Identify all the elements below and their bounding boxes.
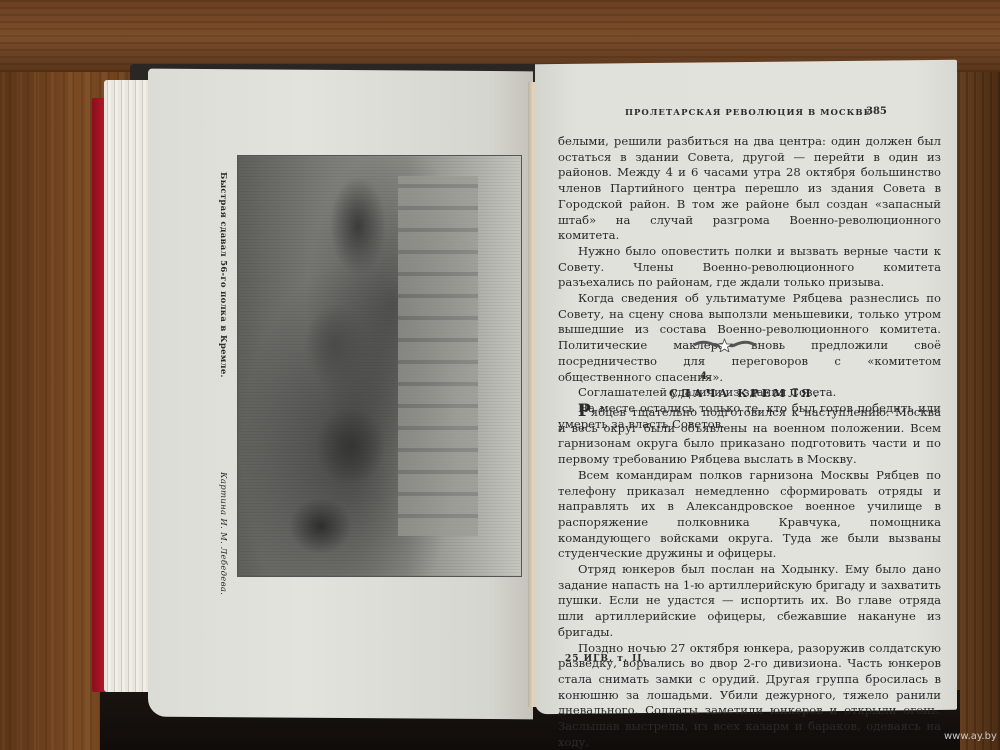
page-number: 385 [866,106,887,117]
page-stack-edge [104,80,154,692]
paragraph: Отряд юнкеров был послан на Ходынку. Ему… [558,562,941,641]
illustration-figures [268,166,418,566]
star-ornament-icon [692,338,757,352]
printer-signature: 25 ИГВ, т. II. [565,654,647,664]
illustration-painting [237,155,522,577]
illustration-credit: Картина И. М. Лебедева. [218,472,228,595]
illustration-caption: Быстрая сдавал 56-го полка в Кремле. [218,172,228,378]
section-text: Рябцев тщательно подготовился к наступле… [558,404,941,750]
paragraph: Нужно было оповестить полки и вызвать ве… [558,244,941,291]
section-title: СДАЧА КРЕМЛЯ. [669,387,820,400]
watermark: www.ay.by [944,731,997,742]
running-head: ПРОЛЕТАРСКАЯ РЕВОЛЮЦИЯ В МОСКВЕ [625,108,871,118]
section-number: 4. [700,371,710,382]
drop-cap: Р [578,401,591,421]
paragraph: белыми, решили разбиться на два центра: … [558,134,941,244]
wooden-table-right [950,72,1000,750]
paragraph: ябцев тщательно подготовился к наступлен… [558,405,941,466]
paragraph: Всем командирам полков гарнизона Москвы … [558,468,941,562]
